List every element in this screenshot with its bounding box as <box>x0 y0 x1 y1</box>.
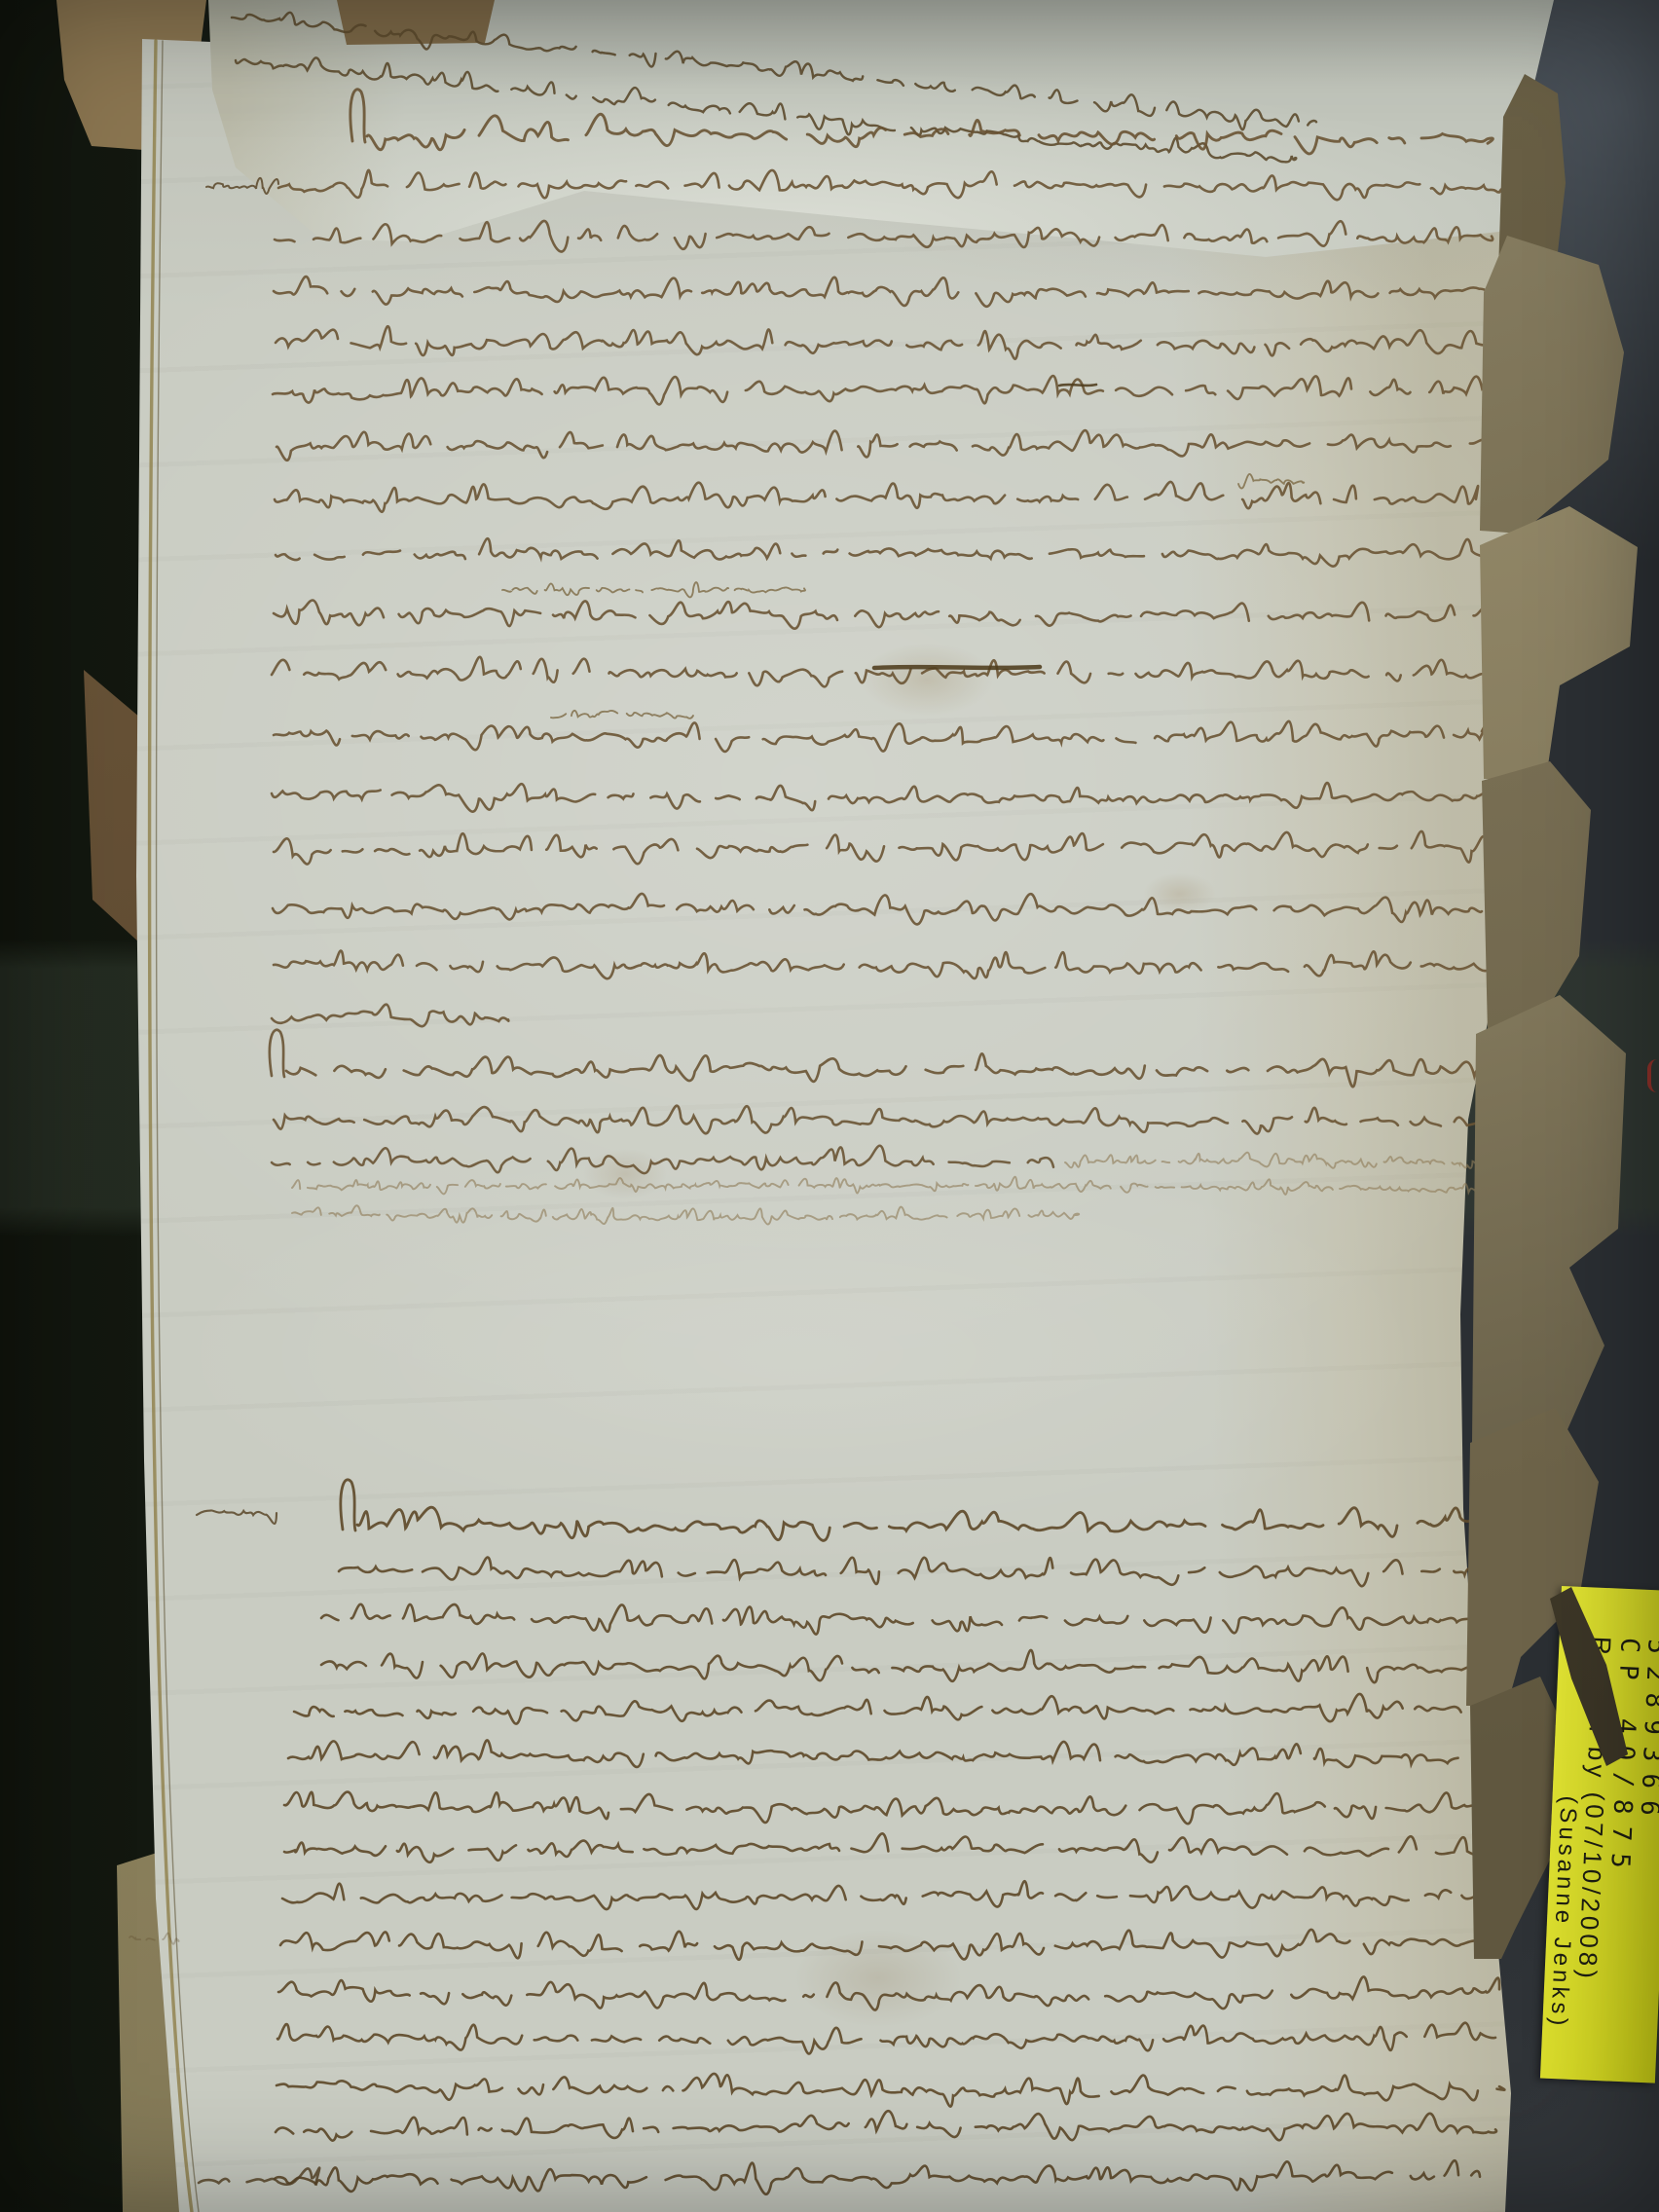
manuscript-photograph: 5289366 CP 40/875 Return by (07/10/2008)… <box>0 0 1659 2212</box>
manuscript-page <box>0 0 1659 2212</box>
red-thread <box>1647 1059 1659 1092</box>
